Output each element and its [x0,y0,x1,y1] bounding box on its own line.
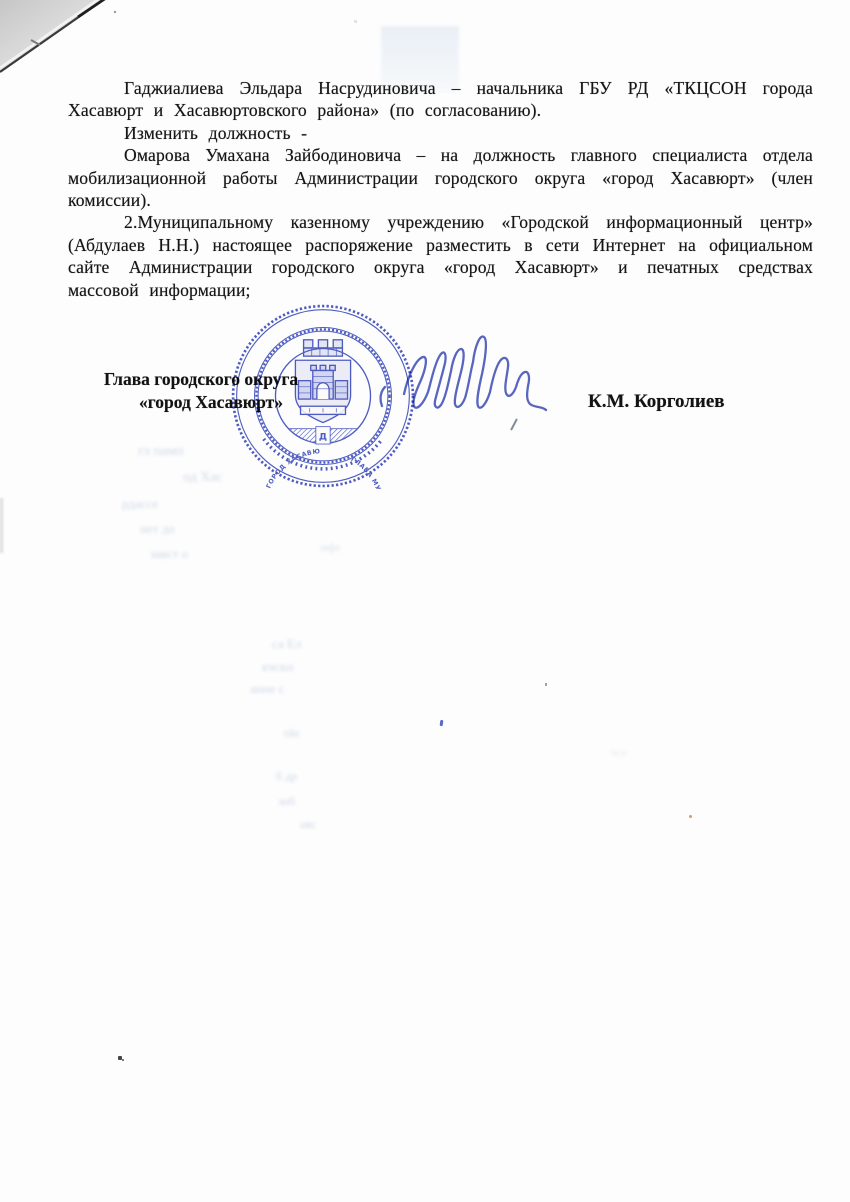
ghost-text: нет до [140,521,175,537]
signature-ink [370,330,550,440]
paragraph: 2.Муниципальному казенному учреждению «Г… [68,211,813,301]
scan-speck [440,720,443,726]
document-page: { "body_text": { "paragraphs": [ "Гаджиа… [0,0,850,1202]
ghost-text: са Ел [272,636,301,652]
ghost-text: авс [300,817,316,832]
ghost-text: рдассе [122,496,158,512]
ghost-text: гл памп [138,444,184,460]
ghost-text: кчскн [262,659,293,675]
paragraph: Омарова Умахана Зайбодиновича – на должн… [68,144,813,211]
signer-name: К.М. Корголиев [588,391,725,413]
tower-icon [311,365,336,399]
signature-svg [370,330,550,440]
scan-speck [114,11,116,13]
signature-stroke [381,337,546,410]
wall-icon [298,381,310,399]
scanner-edge-streak [0,498,3,553]
ghost-text: тйе [283,726,300,741]
scan-speck [118,1056,122,1060]
page-fold-artifact [0,0,140,95]
wall-icon [335,381,347,399]
crown-icon [304,340,343,356]
ghost-text: знб [278,794,295,809]
ghost-text: чсе [610,745,627,760]
body-text: Гаджиалиева Эльдара Насрудиновича – нача… [68,77,813,301]
paragraph: Изменить должность - [68,122,813,144]
scan-speck [545,683,547,686]
stamp-coat-of-arms [295,340,350,423]
ghost-text: б др [276,769,297,784]
ghost-text: завст о [150,546,188,562]
scan-speck [354,20,357,23]
scan-speck [689,815,692,818]
paragraph: Гаджиалиева Эльдара Насрудиновича – нача… [68,77,813,122]
ghost-text: мфе [320,540,341,555]
ghost-text: анне с [250,681,284,697]
stamp-center-letter: Д [319,431,327,442]
ghost-text: од Хас [183,470,223,486]
